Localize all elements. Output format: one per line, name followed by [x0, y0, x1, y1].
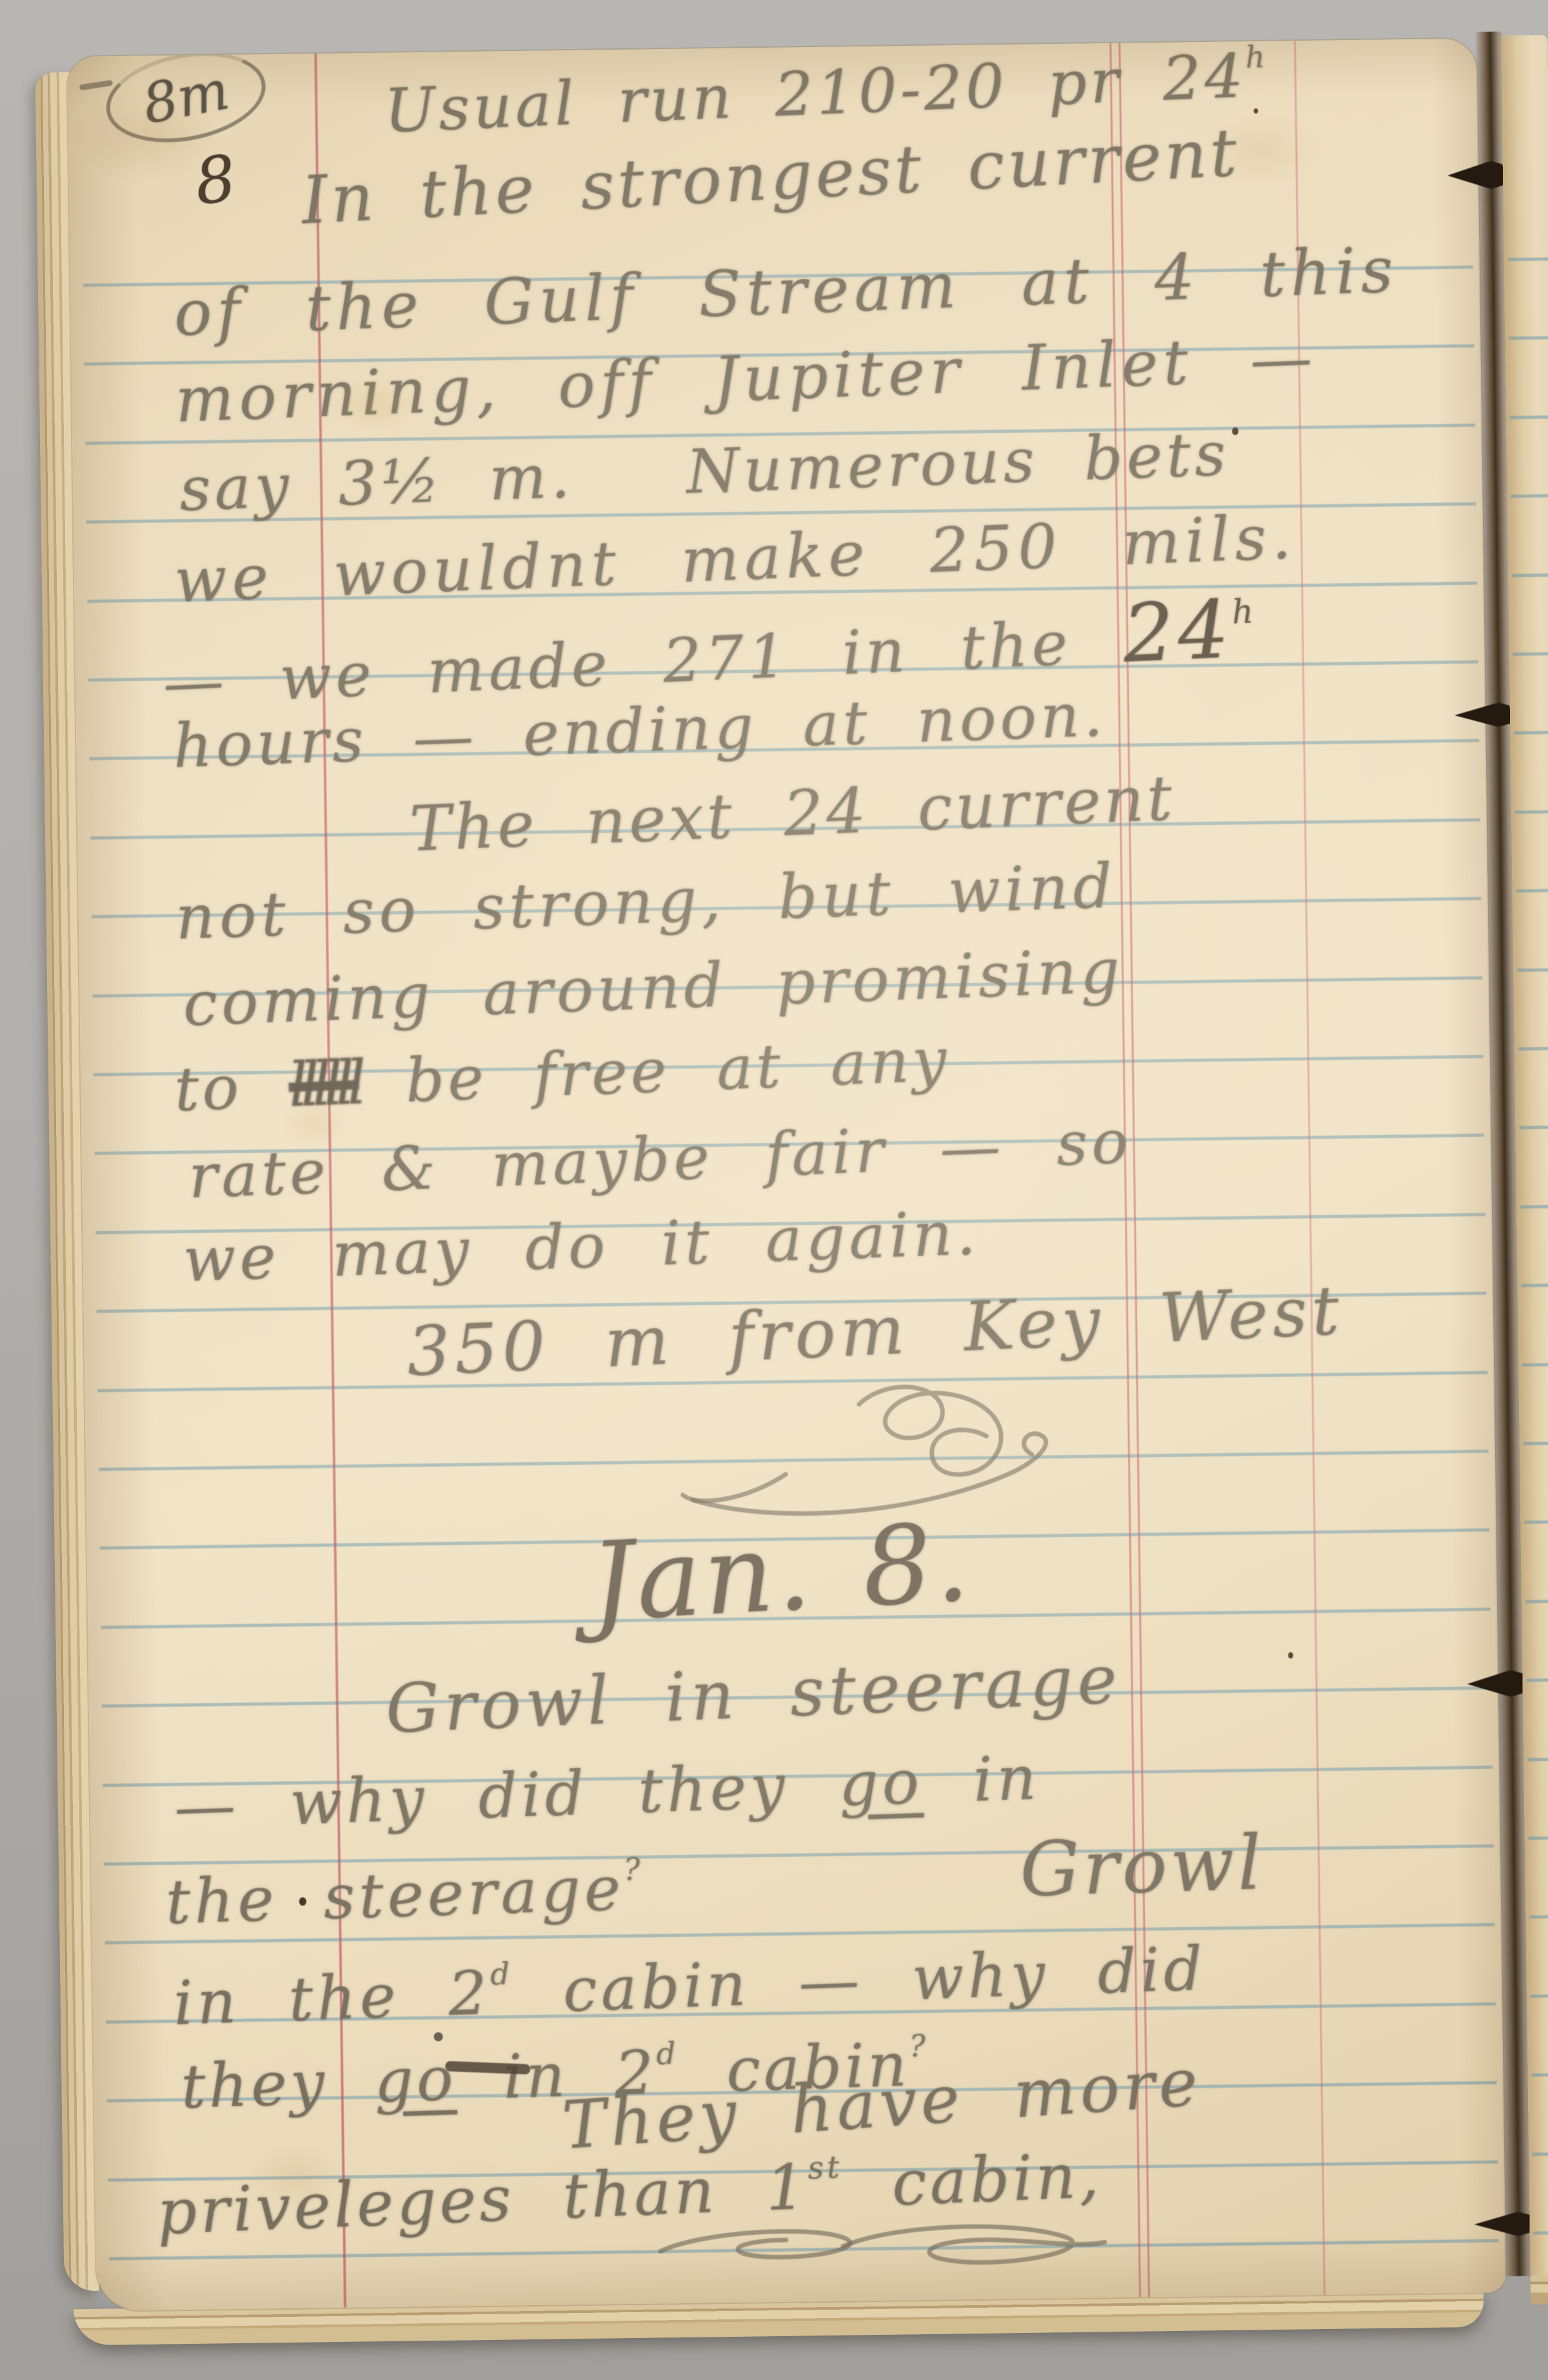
ruled-line [1534, 2231, 1548, 2235]
ruled-line [1509, 336, 1548, 340]
handwriting-segment: d [656, 2036, 680, 2072]
paper-speck [1288, 1652, 1293, 1658]
handwriting-line: Growl [1019, 1826, 1266, 1909]
handwriting-segment: in [922, 1743, 1041, 1818]
handwriting-line: the steerage? [164, 1854, 645, 1934]
ruled-line [1529, 1915, 1548, 1919]
handwriting-segment: say 3½ m. [178, 441, 574, 525]
ruled-line [1531, 2073, 1548, 2077]
ruled-line [1513, 652, 1548, 656]
handwriting-segment: llllll [287, 1048, 360, 1121]
ruled-line [1529, 1836, 1548, 1840]
ruled-line [1516, 889, 1548, 893]
ruled-line [1524, 1520, 1548, 1524]
ruled-line [1523, 1442, 1548, 1445]
handwriting-segment: the steerage [164, 1853, 625, 1938]
ruled-line [1526, 1678, 1548, 1682]
ruled-line [1511, 494, 1548, 498]
ruled-line [1515, 810, 1548, 814]
handwriting-segment: 24 [1121, 583, 1235, 680]
ruled-line [1525, 1600, 1548, 1603]
ruled-line [1522, 1363, 1548, 1367]
ruled-line [1519, 1126, 1548, 1129]
handwriting-segment: 24 [1161, 41, 1247, 115]
handwriting-segment: st [807, 2149, 843, 2187]
pencil-dot-mark [433, 2032, 442, 2041]
handwriting-segment: d [490, 1956, 514, 1992]
paper-speck [1232, 427, 1238, 435]
ruled-line [1508, 257, 1548, 261]
ruled-line [1512, 573, 1548, 577]
notebook-page: 8m 8 Usual run 210-20 pr 24hIn the stron… [67, 39, 1506, 2311]
ruled-line [1510, 415, 1548, 419]
flourish-doodle-bottom [650, 2216, 1115, 2276]
notebook-book: 8m 8 Usual run 210-20 pr 24hIn the stron… [35, 31, 1548, 2350]
handwriting-segment: h [1245, 39, 1269, 75]
handwriting-segment: Growl [1018, 1820, 1265, 1914]
ruled-line [1527, 1757, 1548, 1761]
handwriting-segment: ? [623, 1852, 644, 1888]
ruled-line [1531, 1994, 1548, 1998]
handwriting-segment: to [173, 1051, 290, 1126]
paper-speck [299, 1898, 306, 1906]
handwriting-segment: go [373, 2044, 457, 2117]
handwriting-segment: cabin, [842, 2139, 1103, 2222]
ruled-line [1514, 731, 1548, 735]
ruled-line [1517, 968, 1548, 972]
ruled-line [1520, 1205, 1548, 1209]
next-page-stack-edge [1531, 2274, 1548, 2305]
handwriting-segment: go [838, 1747, 924, 1820]
scanned-notebook-photo: 8m 8 Usual run 210-20 pr 24hIn the stron… [0, 0, 1548, 2380]
ruled-line [1533, 2152, 1548, 2156]
handwriting-segment: h [1231, 592, 1258, 632]
ruled-line [1521, 1284, 1548, 1287]
handwriting-segment: ? [909, 2028, 929, 2065]
ruled-line [1518, 1047, 1548, 1051]
paper-speck [1254, 108, 1258, 114]
page-number-ink: 8 [191, 142, 239, 220]
flourish-doodle-upper [652, 1373, 1093, 1533]
handwriting-segment: in the 2 [172, 1958, 492, 2039]
handwriting-segment: they [180, 2047, 375, 2123]
